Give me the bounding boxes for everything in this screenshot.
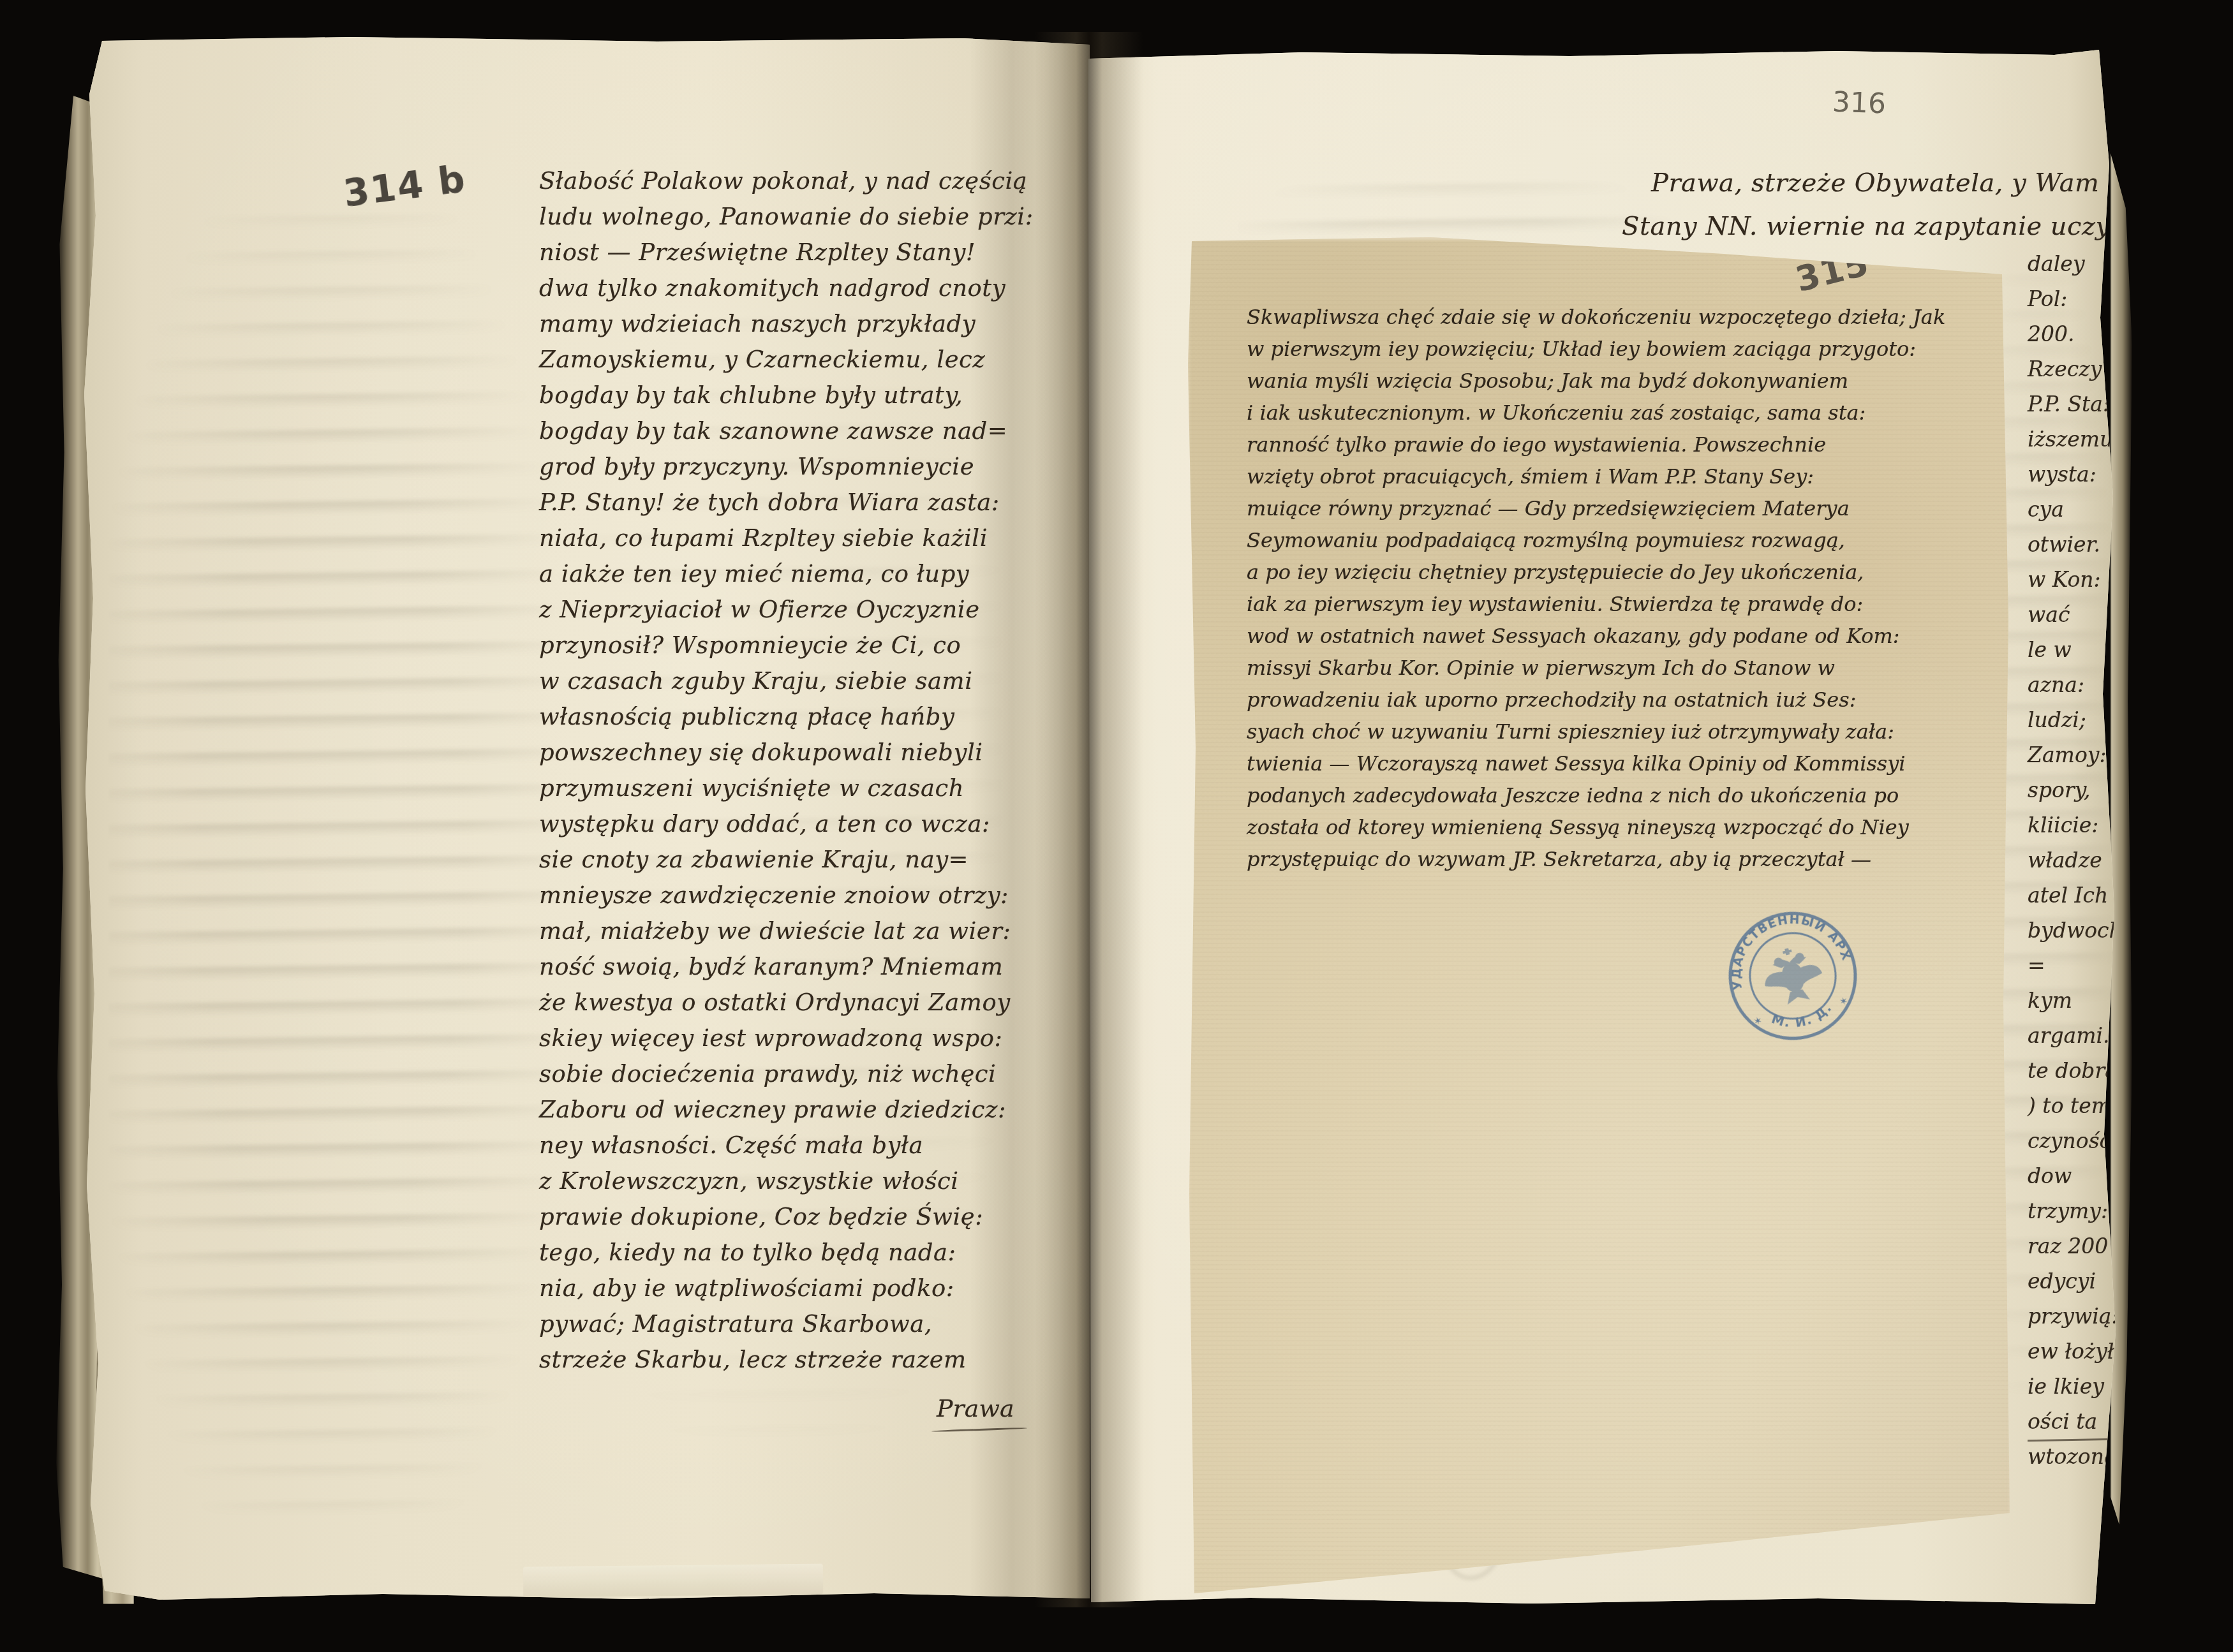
catchword: Prawa <box>937 1394 1014 1422</box>
left-page-text: Słabość Polakow pokonał, y nad częścią l… <box>539 163 1062 1378</box>
svg-text:✶: ✶ <box>1753 1014 1763 1028</box>
inserted-sheet: 315 Skwapliwsza chęć zdaie się w dokończ… <box>1188 237 2011 1596</box>
svg-text:✶: ✶ <box>1838 994 1849 1008</box>
archive-stamp: ГОСУДАРСТВЕННЫЙ АРХИВЪ М. И. Д. ✶ <box>1709 892 1877 1060</box>
page-number-314: 314 b <box>341 158 469 216</box>
page-number-316: 316 <box>1832 86 1887 121</box>
book-gutter-shadow <box>1035 32 1143 1607</box>
inserted-sheet-text: Skwapliwsza chęć zdaie się w dokończeniu… <box>1247 301 1968 875</box>
double-headed-eagle-icon <box>1758 942 1827 1008</box>
stamp-text-bottom: М. И. Д. <box>1767 998 1837 1036</box>
left-page: 314 b Słabość Polakow pokonał, y nad czę… <box>83 37 1090 1603</box>
bleedthrough-text-region <box>108 196 555 1536</box>
paper-repair-patch <box>523 1564 823 1598</box>
right-page-line-1: Prawa, strzeże Obywatela, y Wam <box>1651 168 2099 198</box>
archive-stamp-seal-icon: ГОСУДАРСТВЕННЫЙ АРХИВЪ М. И. Д. ✶ <box>1709 892 1877 1060</box>
svg-text:М. И. Д.: М. И. Д. <box>1767 998 1837 1036</box>
document-scan: { "document": { "description_visible": "… <box>0 0 2233 1652</box>
right-page-line-2: Stany NN. wiernie na zapytanie uczy: <box>1622 212 2119 241</box>
